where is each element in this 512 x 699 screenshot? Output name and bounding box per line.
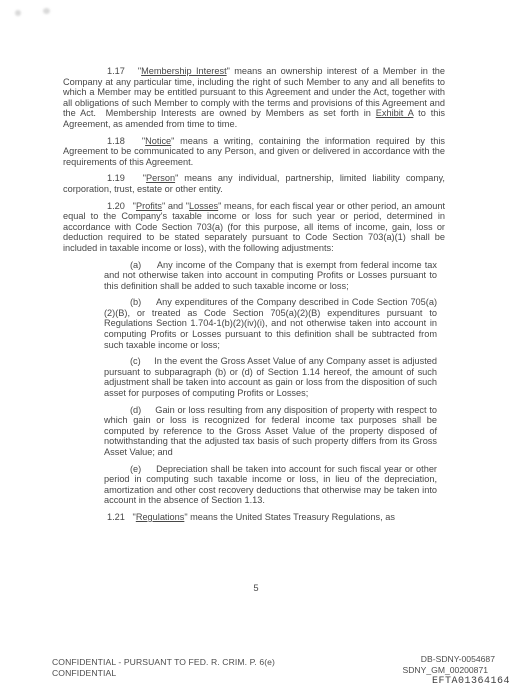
footer-confidential-line2: CONFIDENTIAL [52, 668, 275, 679]
text-segment: (a) Any income of the Company that is ex… [104, 260, 437, 291]
scan-artifact-speck [43, 8, 50, 14]
text-segment: (b) Any expenditures of the Company desc… [104, 297, 437, 349]
bates-number-efta-stamp: EFTA01364164 [402, 676, 510, 687]
bates-number-block: DB-SDNY-0054687 SDNY_GM_00200871 EFTA013… [402, 654, 510, 687]
paragraph-1-20-b: (b) Any expenditures of the Company desc… [104, 297, 437, 350]
paragraph-1-20: 1.20 "Profits" and "Losses" means, for e… [63, 201, 445, 254]
text-segment: (d) Gain or loss resulting from any disp… [104, 405, 437, 457]
paragraph-1-20-d: (d) Gain or loss resulting from any disp… [104, 405, 437, 458]
text-segment: (c) In the event the Gross Asset Value o… [104, 356, 437, 398]
underlined-term: Profits [136, 201, 162, 211]
text-segment: 1.19 " [107, 173, 146, 183]
text-segment: 1.18 " [107, 136, 145, 146]
footer-confidential-line1: CONFIDENTIAL - PURSUANT TO FED. R. CRIM.… [52, 657, 275, 668]
scanned-document-page: 1.17 "Membership Interest" means an owne… [0, 0, 512, 699]
paragraph-1-20-e: (e) Depreciation shall be taken into acc… [104, 464, 437, 506]
paragraph-1-18: 1.18 "Notice" means a writing, containin… [63, 136, 445, 168]
paragraph-1-17: 1.17 "Membership Interest" means an owne… [63, 66, 445, 130]
text-segment: " means the United States Treasury Regul… [184, 512, 395, 522]
underlined-term: Membership Interest [141, 66, 227, 76]
bates-number-sdny-gm: SDNY_GM_00200871 [402, 665, 488, 676]
footer-confidential-block: CONFIDENTIAL - PURSUANT TO FED. R. CRIM.… [52, 657, 275, 680]
bates-number-db-sdny: DB-SDNY-0054687 [402, 654, 495, 665]
scan-artifact-speck [15, 10, 21, 16]
page-number: 5 [0, 582, 512, 593]
paragraph-1-20-c: (c) In the event the Gross Asset Value o… [104, 356, 437, 398]
text-segment: (e) Depreciation shall be taken into acc… [104, 464, 437, 506]
underlined-term: Regulations [136, 512, 185, 522]
paragraph-1-20-a: (a) Any income of the Company that is ex… [104, 260, 437, 292]
text-segment: " and " [162, 201, 189, 211]
text-segment: 1.21 " [107, 512, 136, 522]
document-body: 1.17 "Membership Interest" means an owne… [63, 66, 445, 529]
text-segment: 1.20 " [107, 201, 136, 211]
underlined-term: Person [146, 173, 175, 183]
paragraph-1-21: 1.21 "Regulations" means the United Stat… [63, 512, 445, 523]
underlined-term: Losses [189, 201, 218, 211]
text-segment: 1.17 " [107, 66, 141, 76]
paragraph-1-19: 1.19 "Person" means any individual, part… [63, 173, 445, 194]
underlined-term: Exhibit A [376, 108, 414, 118]
underlined-term: Notice [145, 136, 171, 146]
